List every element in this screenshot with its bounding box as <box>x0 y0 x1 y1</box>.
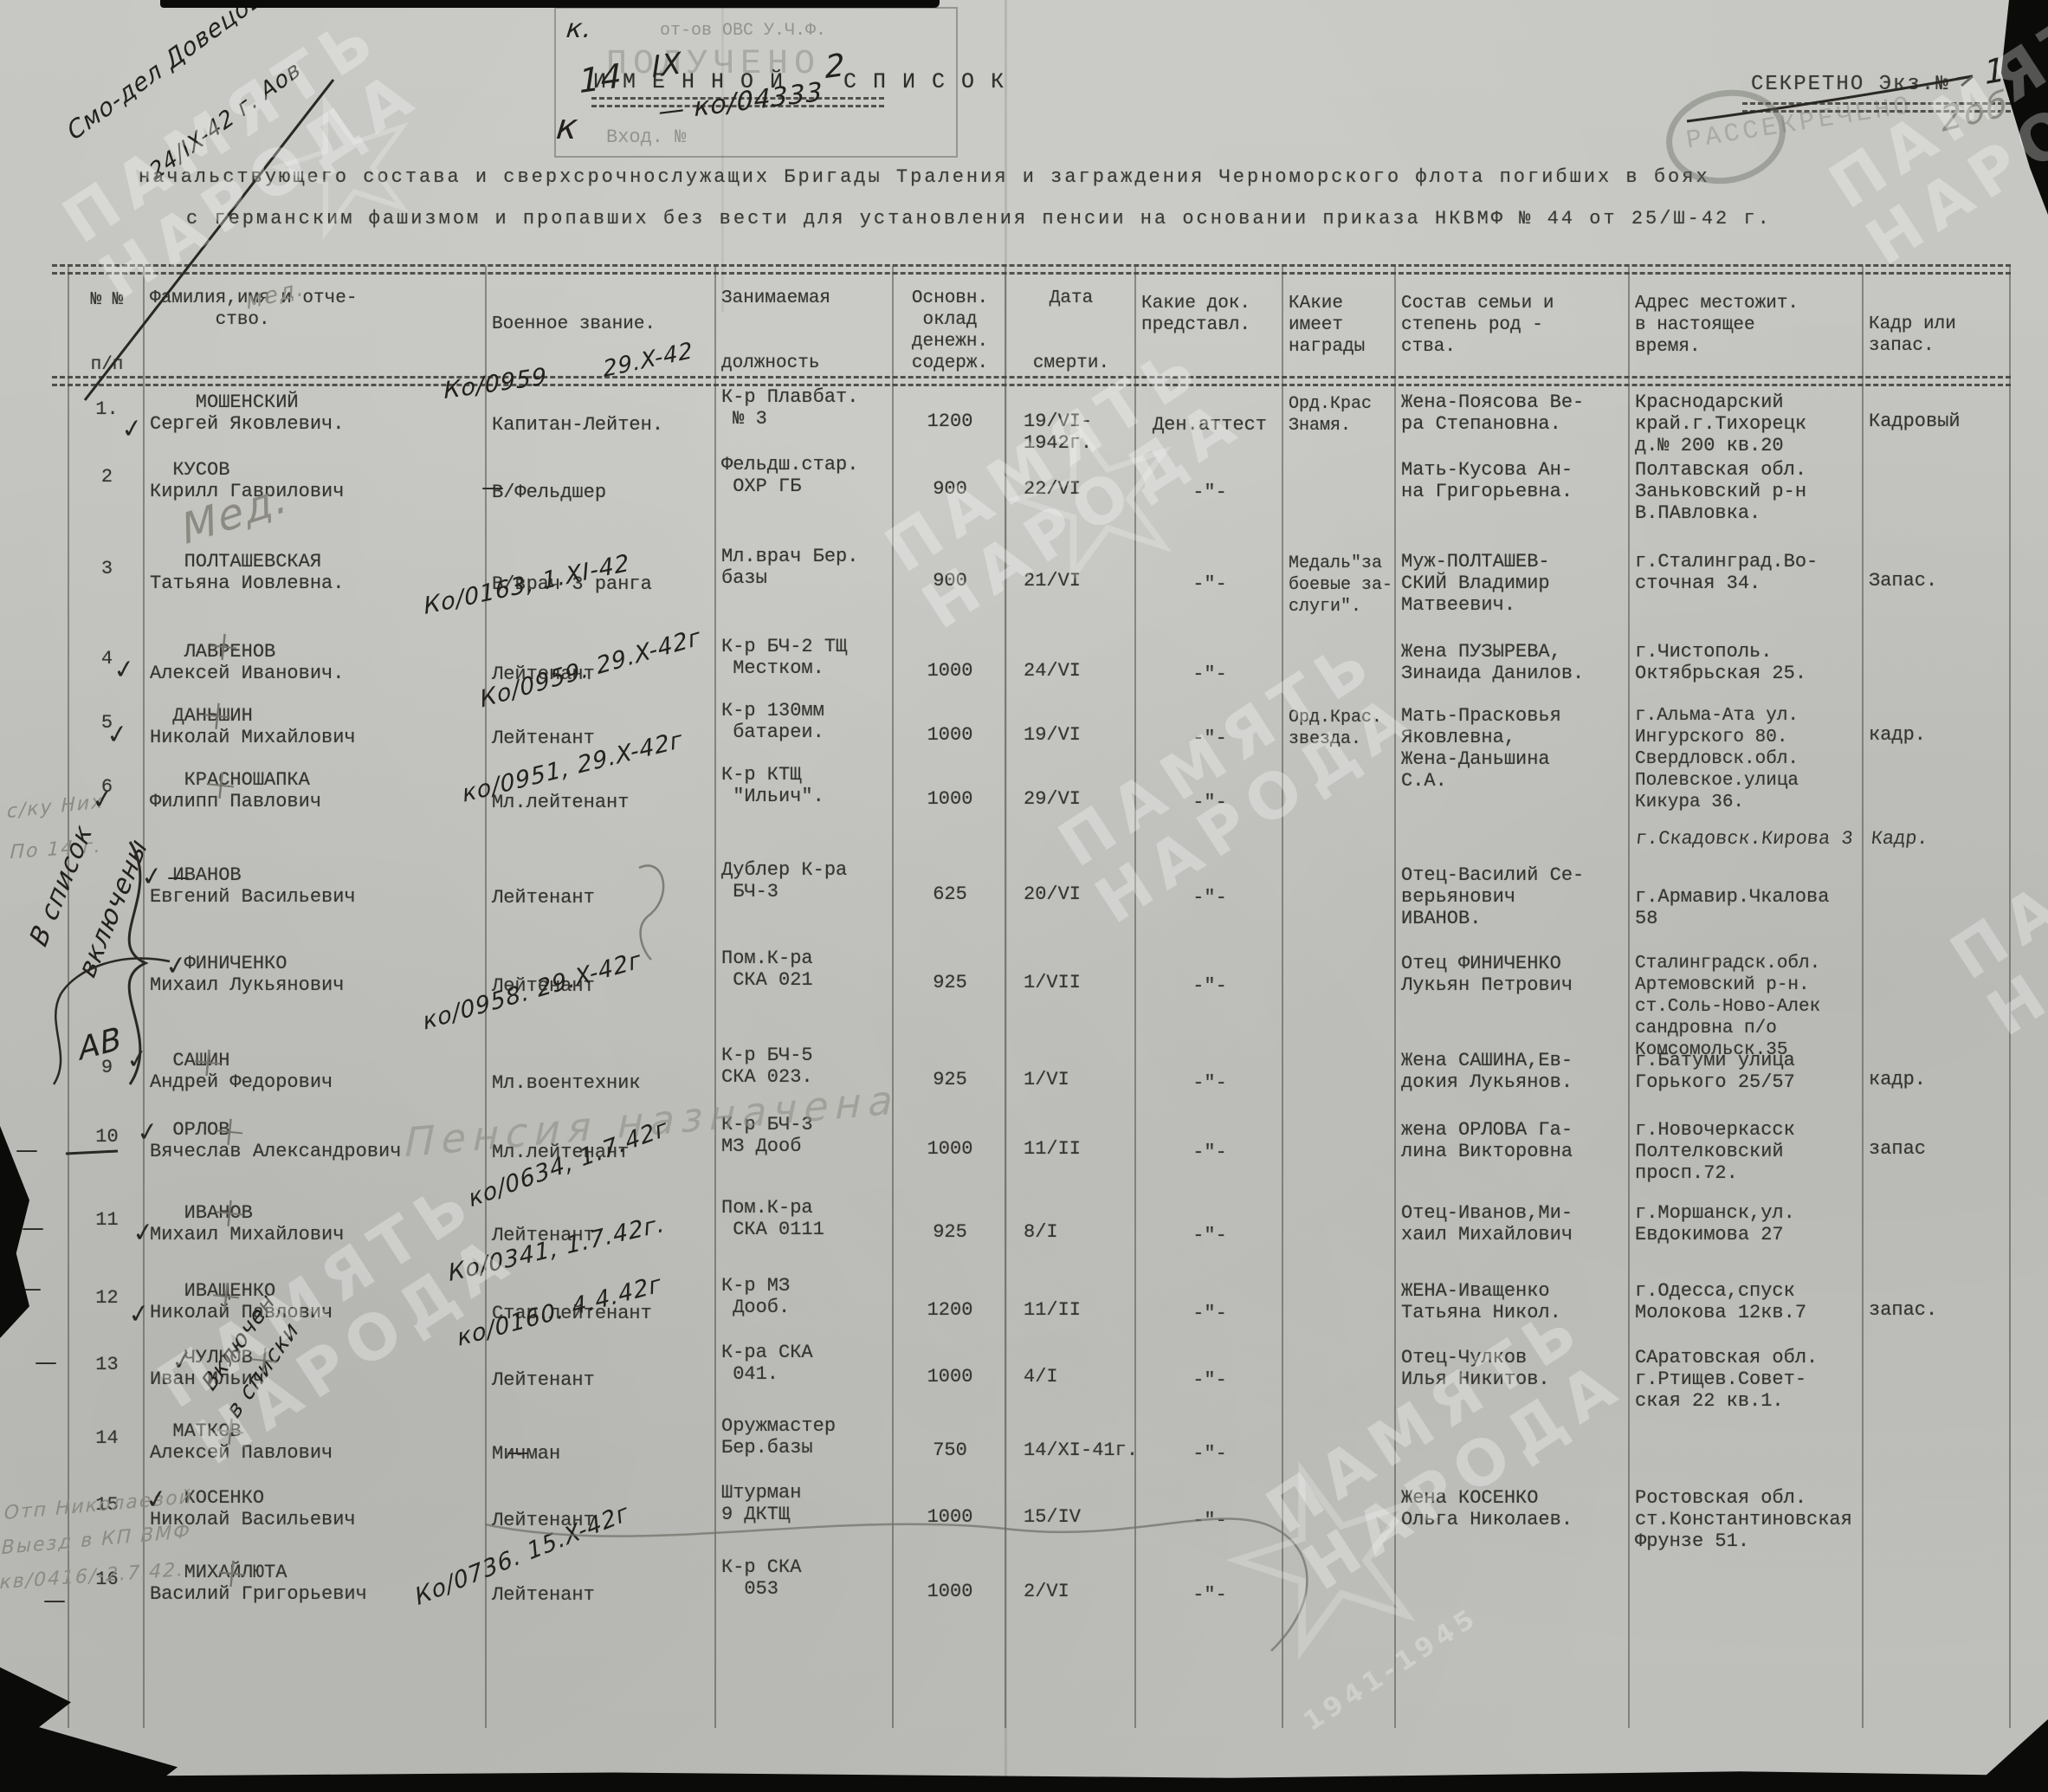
row-7-name: ИВАНОВ Евгений Васильевич <box>150 864 481 908</box>
annotation-ink-3: 14 <box>578 56 623 100</box>
row-9-salary: 925 <box>899 1069 1001 1090</box>
check-mark: ✓ <box>126 1297 152 1330</box>
row-5-salary: 1000 <box>899 724 1001 746</box>
row-15-name: КОСЕНКО Николай Васильевич <box>150 1487 481 1530</box>
dash-mark: — <box>167 864 190 890</box>
torn-edge-bottom-left <box>0 1667 178 1792</box>
column-header-salary: Основн. оклад денежн. содерж. <box>899 288 1001 374</box>
row-10-cadre: запас <box>1869 1138 2006 1160</box>
row-4-family: Жена ПУЗЫРЕВА, Зинаида Данилов. <box>1401 641 1625 684</box>
row-12-cadre: запас. <box>1869 1299 2006 1321</box>
scanned-document-page: от-ов ОВС У.Ч.Ф. ПОЛУЧЕНО Вход. № И М Е … <box>0 0 2048 1792</box>
row-12-docs: -"- <box>1141 1303 1278 1324</box>
annotation-ink-7: 2 <box>824 48 846 87</box>
row-4-address: г.Чистополь. Октябрьская 25. <box>1635 641 1858 684</box>
row-4-name: ЛАВРЕНОВ Алексей Иванович. <box>150 641 481 684</box>
received-stamp-entry-label: Вход. № <box>606 126 686 148</box>
row-10-date: 11/II <box>1011 1138 1143 1160</box>
annotation-pencil-17: с/ку Них <box>7 791 104 823</box>
row-12-address: г.Одесса,спуск Молокова 12кв.7 <box>1635 1280 1858 1323</box>
row-13-salary: 1000 <box>899 1366 1001 1388</box>
row-4-pos: К-р БЧ-2 ТЩ Местком. <box>721 636 888 679</box>
check-mark: ✓ <box>90 783 116 816</box>
row-11-address: г.Моршанск,ул. Евдокимова 27 <box>1635 1202 1858 1245</box>
cross-mark: + <box>210 1105 249 1157</box>
dash-mark: — <box>43 1588 66 1614</box>
row-3-num: 3 <box>74 558 139 579</box>
secret-label: СЕКРЕТНО Экз.№ <box>1751 73 1950 96</box>
check-mark: ✓ <box>125 1043 151 1076</box>
row-10-salary: 1000 <box>899 1138 1001 1160</box>
row-4-salary: 1000 <box>899 660 1001 682</box>
row-11-pos: Пом.К-ра СКА 0111 <box>721 1197 888 1240</box>
row-2-family: Мать-Кусова Ан- на Григорьевна. <box>1401 459 1625 502</box>
row-8-date: 1/VII <box>1011 972 1143 993</box>
annotation-typed-34: Кадр. <box>1870 828 1929 850</box>
dash-mark: — <box>16 1137 38 1163</box>
row-9-cadre: кадр. <box>1869 1069 2006 1090</box>
row-6-pos: К-р КТЩ "Ильич". <box>721 764 888 807</box>
torn-edge-bottom <box>0 1770 2048 1792</box>
row-9-docs: -"- <box>1141 1072 1278 1094</box>
row-13-rank: Лейтенант <box>492 1369 711 1391</box>
row-7-pos: Дублер К-ра БЧ-3 <box>721 859 888 902</box>
column-header-family: Состав семьи и степень род - ства. <box>1401 293 1625 358</box>
dash-mark: — <box>35 1349 57 1375</box>
received-stamp-org: от-ов ОВС У.Ч.Ф. <box>660 21 826 41</box>
dash-mark: — <box>481 475 504 501</box>
check-mark: ✓ <box>164 949 190 982</box>
annotation-ink-13: Ко/0959 <box>443 363 547 404</box>
row-5-pos: К-р 130мм батареи. <box>721 700 888 743</box>
cross-mark: + <box>197 689 237 741</box>
row-9-date: 1/VI <box>1011 1069 1143 1090</box>
row-1-address: Краснодарский край.г.Тихорецк д.№ 200 кв… <box>1635 391 1858 456</box>
annotation-pencil-30: Выезд в КП ВМФ <box>2 1521 192 1559</box>
row-3-pos: Мл.врач Бер. базы <box>721 546 888 589</box>
row-3-address: г.Сталинград.Во- сточная 34. <box>1635 551 1858 594</box>
row-2-name: КУСОВ Кирилл Гаврилович <box>150 459 481 502</box>
annotation-ink-5: к <box>554 107 580 147</box>
check-mark: ✓ <box>144 1483 170 1516</box>
row-11-salary: 925 <box>899 1221 1001 1243</box>
cross-mark: + <box>188 1036 228 1088</box>
row-9-family: Жена САШИНА,Ев- докия Лукьянов. <box>1401 1050 1625 1093</box>
row-15-date: 15/IV <box>1011 1506 1143 1528</box>
dash-mark: — <box>507 1439 529 1465</box>
watermark-text: ПАМЯТЬ НАРОДА <box>1819 0 2048 277</box>
row-5-cadre: кадр. <box>1869 724 2006 746</box>
row-5-address: г.Альма-Ата ул. Ингурского 80. Свердловс… <box>1635 705 1858 813</box>
row-12-salary: 1200 <box>899 1299 1001 1321</box>
cross-mark: + <box>201 759 241 811</box>
torn-edge-top <box>160 0 940 8</box>
row-1-awards: Орд.Крас Знамя. <box>1289 393 1391 437</box>
row-8-name: ФИНИЧЕНКО Михаил Лукьянович <box>150 953 481 996</box>
cross-mark: + <box>212 1547 252 1599</box>
row-12-date: 11/II <box>1011 1299 1143 1321</box>
row-1-rank: Капитан-Лейтен. <box>492 414 711 436</box>
row-14-salary: 750 <box>899 1439 1001 1461</box>
row-16-date: 2/VI <box>1011 1581 1143 1602</box>
row-2-pos: Фельдш.стар. ОХР ГБ <box>721 454 888 497</box>
table-column-line <box>714 266 716 1728</box>
row-1-cadre: Кадровый <box>1869 411 2006 432</box>
cross-mark: + <box>204 620 243 672</box>
column-header-cadre: Кадр или запас. <box>1869 314 2006 357</box>
row-6-rank: Мл.лейтенант <box>492 792 711 813</box>
row-16-pos: К-р СКА 053 <box>721 1556 888 1600</box>
row-5-family: Мать-Прасковья Яковлевна, Жена-Даньшина … <box>1401 705 1625 792</box>
row-3-family: Муж-ПОЛТАШЕВ- СКИЙ Владимир Матвеевич. <box>1401 551 1625 616</box>
row-6-name: КРАСНОШАПКА Филипп Павлович <box>150 769 481 812</box>
column-header-address: Адрес местожит. в настоящее время. <box>1635 293 1858 358</box>
row-13-docs: -"- <box>1141 1369 1278 1391</box>
row-2-address: Полтавская обл. Заньковский р-н В.ПАвлов… <box>1635 459 1858 524</box>
row-16-rank: Лейтенант <box>492 1584 711 1606</box>
row-7-salary: 625 <box>899 883 1001 905</box>
row-8-family: Отец ФИНИЧЕНКО Лукьян Петрович <box>1401 953 1625 996</box>
row-2-rank: В/Фельдшер <box>492 482 711 503</box>
row-10-address: г.Новочеркасск Полтелковский просп.72. <box>1635 1119 1858 1184</box>
column-header-pos: Занимаемая должность <box>721 288 888 374</box>
row-15-pos: Штурман 9 ДКТЩ <box>721 1482 888 1525</box>
row-8-pos: Пом.К-ра СКА 021 <box>721 948 888 991</box>
row-15-address: Ростовская обл. ст.Константиновская Фрун… <box>1635 1487 1858 1552</box>
row-8-address: Сталинградск.обл. Артемовский р-н. ст.Со… <box>1635 953 1858 1061</box>
row-1-family: Жена-Поясова Ве- ра Степановна. <box>1401 391 1625 435</box>
row-3-awards: Медаль"за боевые за- слуги". <box>1289 553 1391 618</box>
row-2-num: 2 <box>74 466 139 488</box>
annotation-ink-4: IX <box>651 46 682 85</box>
row-11-num: 11 <box>74 1209 139 1231</box>
check-mark: ✓ <box>112 653 138 686</box>
row-13-pos: К-ра СКА 041. <box>721 1342 888 1385</box>
row-14-num: 14 <box>74 1427 139 1449</box>
row-11-family: Отец-Иванов,Ми- хаил Михайлович <box>1401 1202 1625 1245</box>
row-7-family: Отец-Василий Се- верьянович ИВАНОВ. <box>1401 864 1625 929</box>
row-12-family: ЖЕНА-Иващенко Татьяна Никол. <box>1401 1280 1625 1323</box>
row-12-pos: К-р МЗ Дооб. <box>721 1275 888 1318</box>
row-13-num: 13 <box>74 1354 139 1375</box>
annotation-typed-33: г.Скадовск.Кирова 3 <box>1634 828 1853 850</box>
row-7-address: г.Армавир.Чкалова 58 <box>1635 864 1858 929</box>
row-8-docs: -"- <box>1141 975 1278 997</box>
watermark-text: ПАМЯТЬ НАРОДА <box>1940 736 2048 1048</box>
row-14-pos: Оружмастер Бер.базы <box>721 1415 888 1459</box>
row-13-address: САратовская обл. г.Ртищев.Совет- ская 22… <box>1635 1347 1858 1412</box>
row-1-pos: К-р Плавбат. № 3 <box>721 386 888 430</box>
row-5-date: 19/VI <box>1011 724 1143 746</box>
row-15-salary: 1000 <box>899 1506 1001 1528</box>
row-1-name: МОШЕНСКИЙ Сергей Яковлевич. <box>150 391 481 435</box>
row-9-address: г.Батуми улица Горького 25/57 <box>1635 1050 1858 1093</box>
dash-mark: — <box>22 1215 44 1241</box>
row-16-salary: 1000 <box>899 1581 1001 1602</box>
row-11-date: 8/I <box>1011 1221 1143 1243</box>
row-4-date: 24/VI <box>1011 660 1143 682</box>
row-10-family: жена ОРЛОВА Га- лина Викторовна <box>1401 1119 1625 1162</box>
column-header-name: Фамилия,имя и отче- ство. <box>150 288 481 331</box>
row-3-name: ПОЛТАШЕВСКАЯ Татьяна Иовлевна. <box>150 551 481 594</box>
column-header-docs: Какие док. представл. <box>1141 293 1278 336</box>
row-8-salary: 925 <box>899 972 1001 993</box>
row-6-salary: 1000 <box>899 788 1001 810</box>
row-9-rank: Мл.воентехник <box>492 1072 711 1094</box>
column-header-awards: КАкие имеет награды <box>1289 293 1391 358</box>
row-13-date: 4/I <box>1011 1366 1143 1388</box>
row-10-docs: -"- <box>1141 1142 1278 1163</box>
table-column-line <box>1862 266 1864 1728</box>
table-column-line <box>1628 266 1630 1728</box>
row-14-date: 14/XI-41г. <box>1011 1439 1143 1461</box>
row-11-docs: -"- <box>1141 1225 1278 1246</box>
check-mark: ✓ <box>105 718 131 751</box>
check-mark: ✓ <box>131 1216 157 1249</box>
table-column-line <box>892 266 894 1728</box>
row-3-cadre: Запас. <box>1869 570 2006 592</box>
column-header-rank: Военное звание. <box>492 314 711 335</box>
check-mark: ✓ <box>139 860 165 893</box>
row-10-num: 10 <box>74 1126 139 1148</box>
annotation-ink-2: к. <box>565 14 593 44</box>
check-mark: ✓ <box>120 412 145 445</box>
check-mark: ✓ <box>135 1116 161 1148</box>
cross-mark: + <box>210 1187 249 1239</box>
row-7-rank: Лейтенант <box>492 887 711 909</box>
